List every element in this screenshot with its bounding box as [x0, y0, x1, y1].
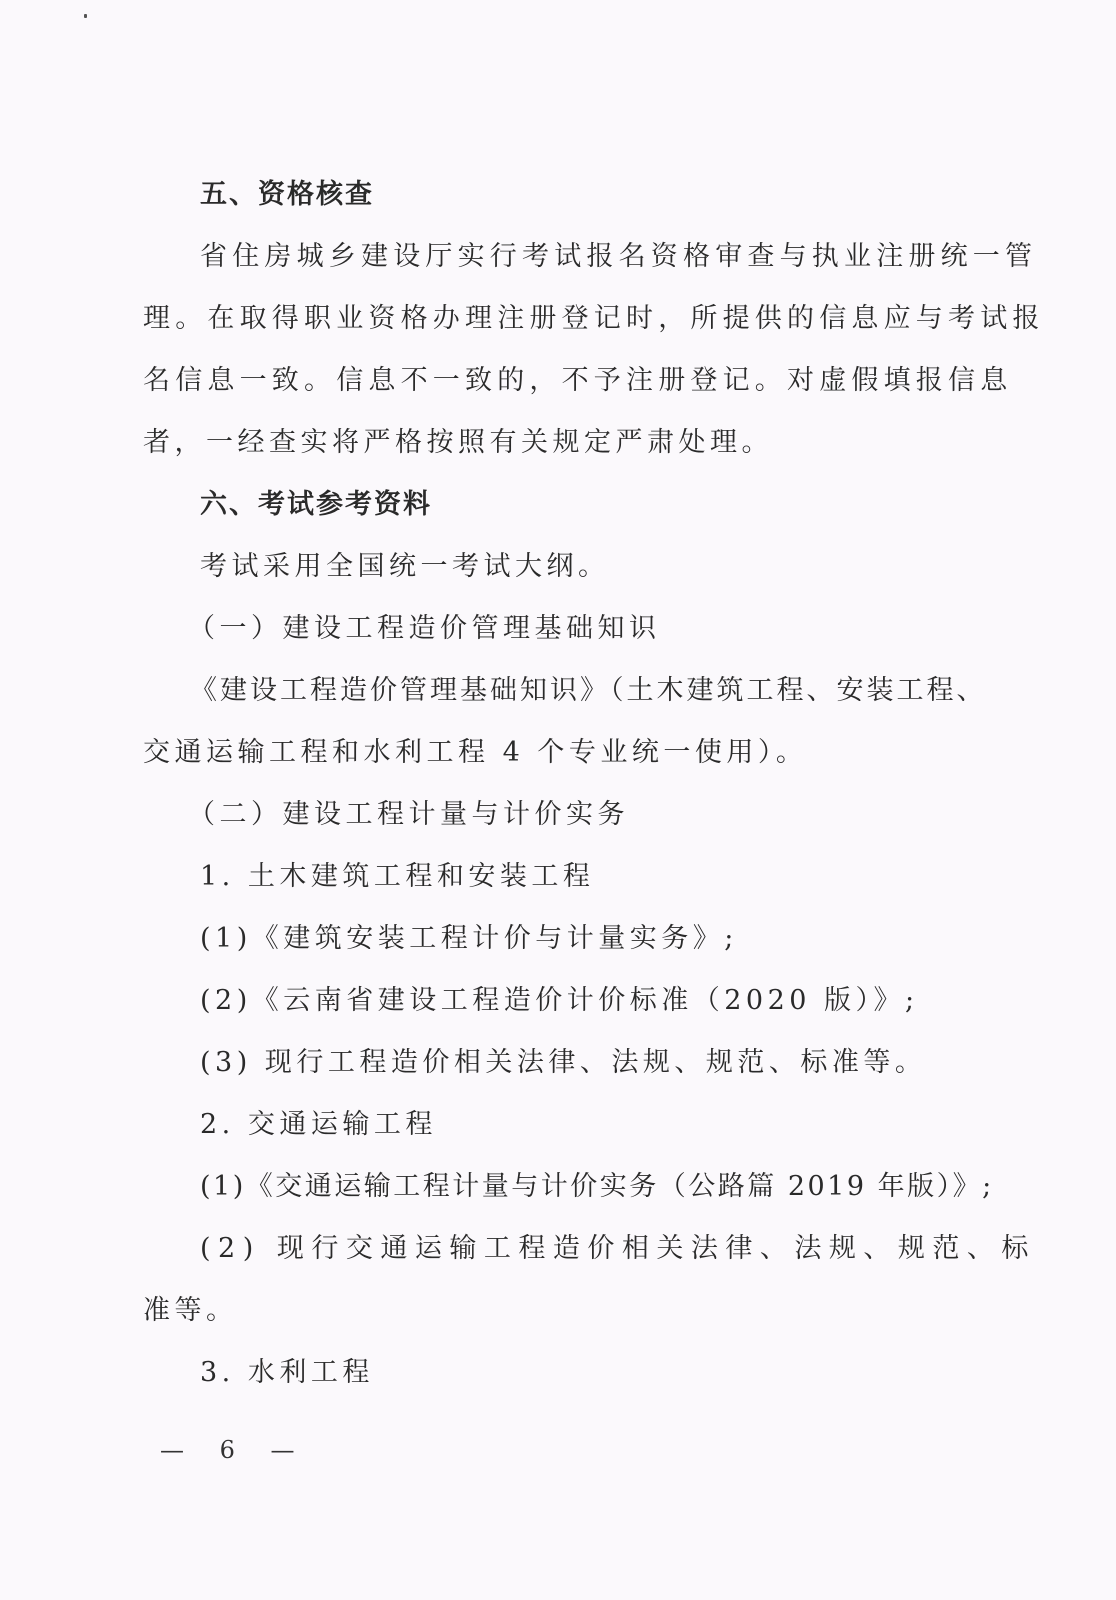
item-1-ref: (1)《建筑安装工程计价与计量实务》; [200, 922, 1050, 956]
item-2-ref: (1)《交通运输工程计量与计价实务（公路篇 2019 年版）》; [200, 1170, 1050, 1204]
scan-speck [84, 14, 87, 18]
subsection-2-title: （二）建设工程计量与计价实务 [188, 798, 1038, 832]
paragraph-line: 者，一经查实将严格按照有关规定严肃处理。 [143, 426, 993, 460]
section-5-heading: 五、资格核查 [200, 178, 1050, 212]
subsection-1-line: 交通运输工程和水利工程 4 个专业统一使用）。 [143, 736, 993, 770]
section-6-heading: 六、考试参考资料 [200, 488, 1050, 522]
paragraph-line: 名信息一致。信息不一致的，不予注册登记。对虚假填报信息 [143, 364, 993, 398]
item-2-title: 2. 交通运输工程 [200, 1108, 1050, 1142]
paragraph-line: 省住房城乡建设厅实行考试报名资格审查与执业注册统一管 [200, 240, 1050, 274]
item-1-ref: (2)《云南省建设工程造价计价标准（2020 版）》; [200, 984, 1050, 1018]
paragraph-line: 理。在取得职业资格办理注册登记时，所提供的信息应与考试报 [143, 302, 993, 336]
subsection-1-title: （一）建设工程造价管理基础知识 [188, 612, 1038, 646]
item-3-title: 3. 水利工程 [200, 1356, 1050, 1390]
document-page: 五、资格核查 省住房城乡建设厅实行考试报名资格审查与执业注册统一管 理。在取得职… [0, 0, 1116, 1600]
subsection-1-line: 《建设工程造价管理基础知识》（土木建筑工程、安装工程、 [190, 674, 1040, 708]
item-1-ref: (3) 现行工程造价相关法律、法规、规范、标准等。 [200, 1046, 1050, 1080]
section-6-intro: 考试采用全国统一考试大纲。 [200, 550, 1050, 584]
item-2-ref: (2) 现行交通运输工程造价相关法律、法规、规范、标 [200, 1232, 1050, 1266]
page-number: — 6 — [160, 1436, 309, 1464]
item-2-ref: 准等。 [143, 1294, 993, 1328]
item-1-title: 1. 土木建筑工程和安装工程 [200, 860, 1050, 894]
